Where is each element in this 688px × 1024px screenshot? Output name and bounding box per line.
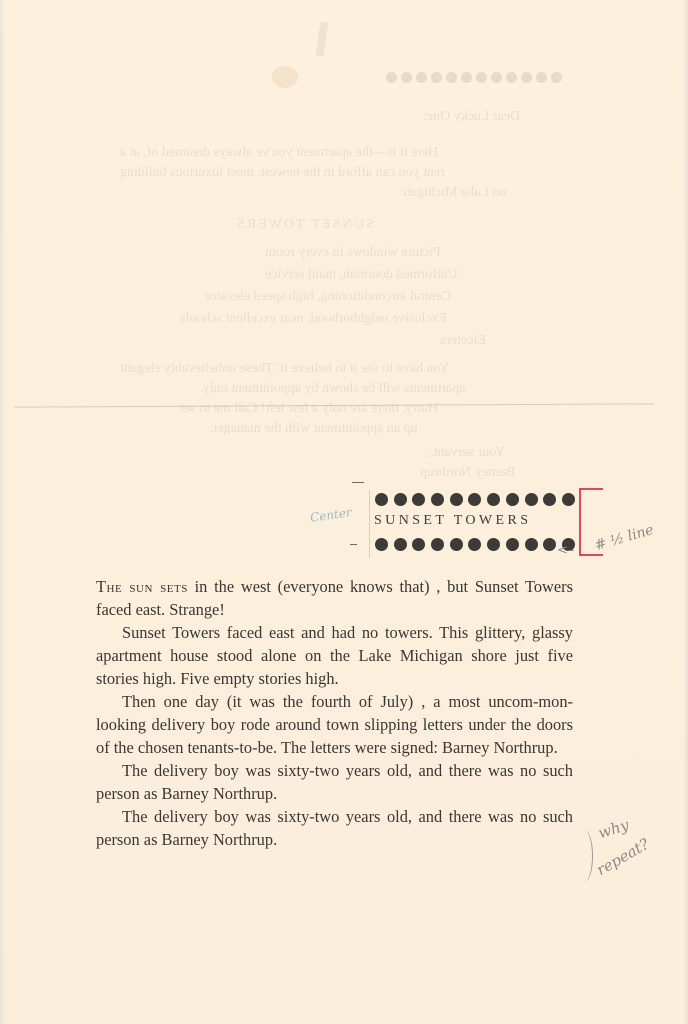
center-annotation: Center bbox=[309, 505, 352, 525]
bleed-through-line: You have to see it to believe it. These … bbox=[120, 358, 449, 379]
why-annotation: why bbox=[596, 816, 631, 843]
bleed-through-ornament bbox=[386, 72, 562, 83]
paragraph: Sunset Towers faced east and had no towe… bbox=[96, 621, 573, 690]
bleed-through-line: Exclusive neighborhood, near excellent s… bbox=[180, 308, 447, 329]
document-page: Dear Lucky One: Here it is—the apartment… bbox=[0, 0, 688, 1024]
paragraph: The delivery boy was sixty-two years old… bbox=[96, 759, 573, 805]
bleed-through-line: Etcetera bbox=[440, 330, 486, 351]
bleed-through-line: up an appointment with the manager. bbox=[210, 418, 418, 439]
bleed-through-line: apartments will be shown by appointment … bbox=[200, 378, 465, 399]
bleed-through-line: Your servant, bbox=[430, 442, 505, 463]
paragraph: Then one day (it was the fourth of July)… bbox=[96, 690, 573, 759]
ornament-dots-top bbox=[375, 493, 575, 506]
bleed-through-line: rent you can afford in the newest, most … bbox=[120, 162, 445, 183]
paper-stain bbox=[272, 66, 298, 88]
paper-mark bbox=[316, 22, 329, 57]
lead-in-smallcaps: The sun sets bbox=[96, 577, 188, 596]
bleed-through-line: Here it is—the apartment you've always d… bbox=[120, 142, 438, 163]
bleed-through-line: Uniformed doorman, maid service bbox=[265, 264, 458, 285]
bleed-through-line: Barney Northrup bbox=[420, 462, 515, 483]
page-edge-right bbox=[683, 0, 688, 1024]
pencil-dash-mark bbox=[350, 544, 357, 545]
bleed-through-line: Central airconditioning, high speed elev… bbox=[205, 286, 451, 307]
bleed-through-line: on Lake Michigan: bbox=[400, 182, 507, 203]
pencil-dash-mark bbox=[352, 482, 364, 483]
bleed-through-line: SUNSET TOWERS bbox=[235, 214, 374, 235]
bleed-through-line: Picture windows in every room bbox=[265, 242, 441, 263]
body-text: The sun sets in the west (everyone knows… bbox=[96, 575, 573, 851]
chapter-title: SUNSET TOWERS bbox=[374, 513, 580, 529]
bleed-through-line: Dear Lucky One: bbox=[423, 106, 520, 127]
ornament-dots-bottom bbox=[375, 538, 575, 551]
arrow-annotation: <– bbox=[557, 543, 574, 558]
title-box-line bbox=[369, 490, 370, 558]
paren-bracket-mark bbox=[576, 830, 593, 882]
bleed-through-line: Hurry, there are only a few left! Call m… bbox=[180, 398, 438, 419]
paragraph: The delivery boy was sixty-two years old… bbox=[96, 805, 573, 851]
page-edge-left bbox=[0, 0, 6, 1024]
paragraph: The sun sets in the west (everyone knows… bbox=[96, 575, 573, 621]
